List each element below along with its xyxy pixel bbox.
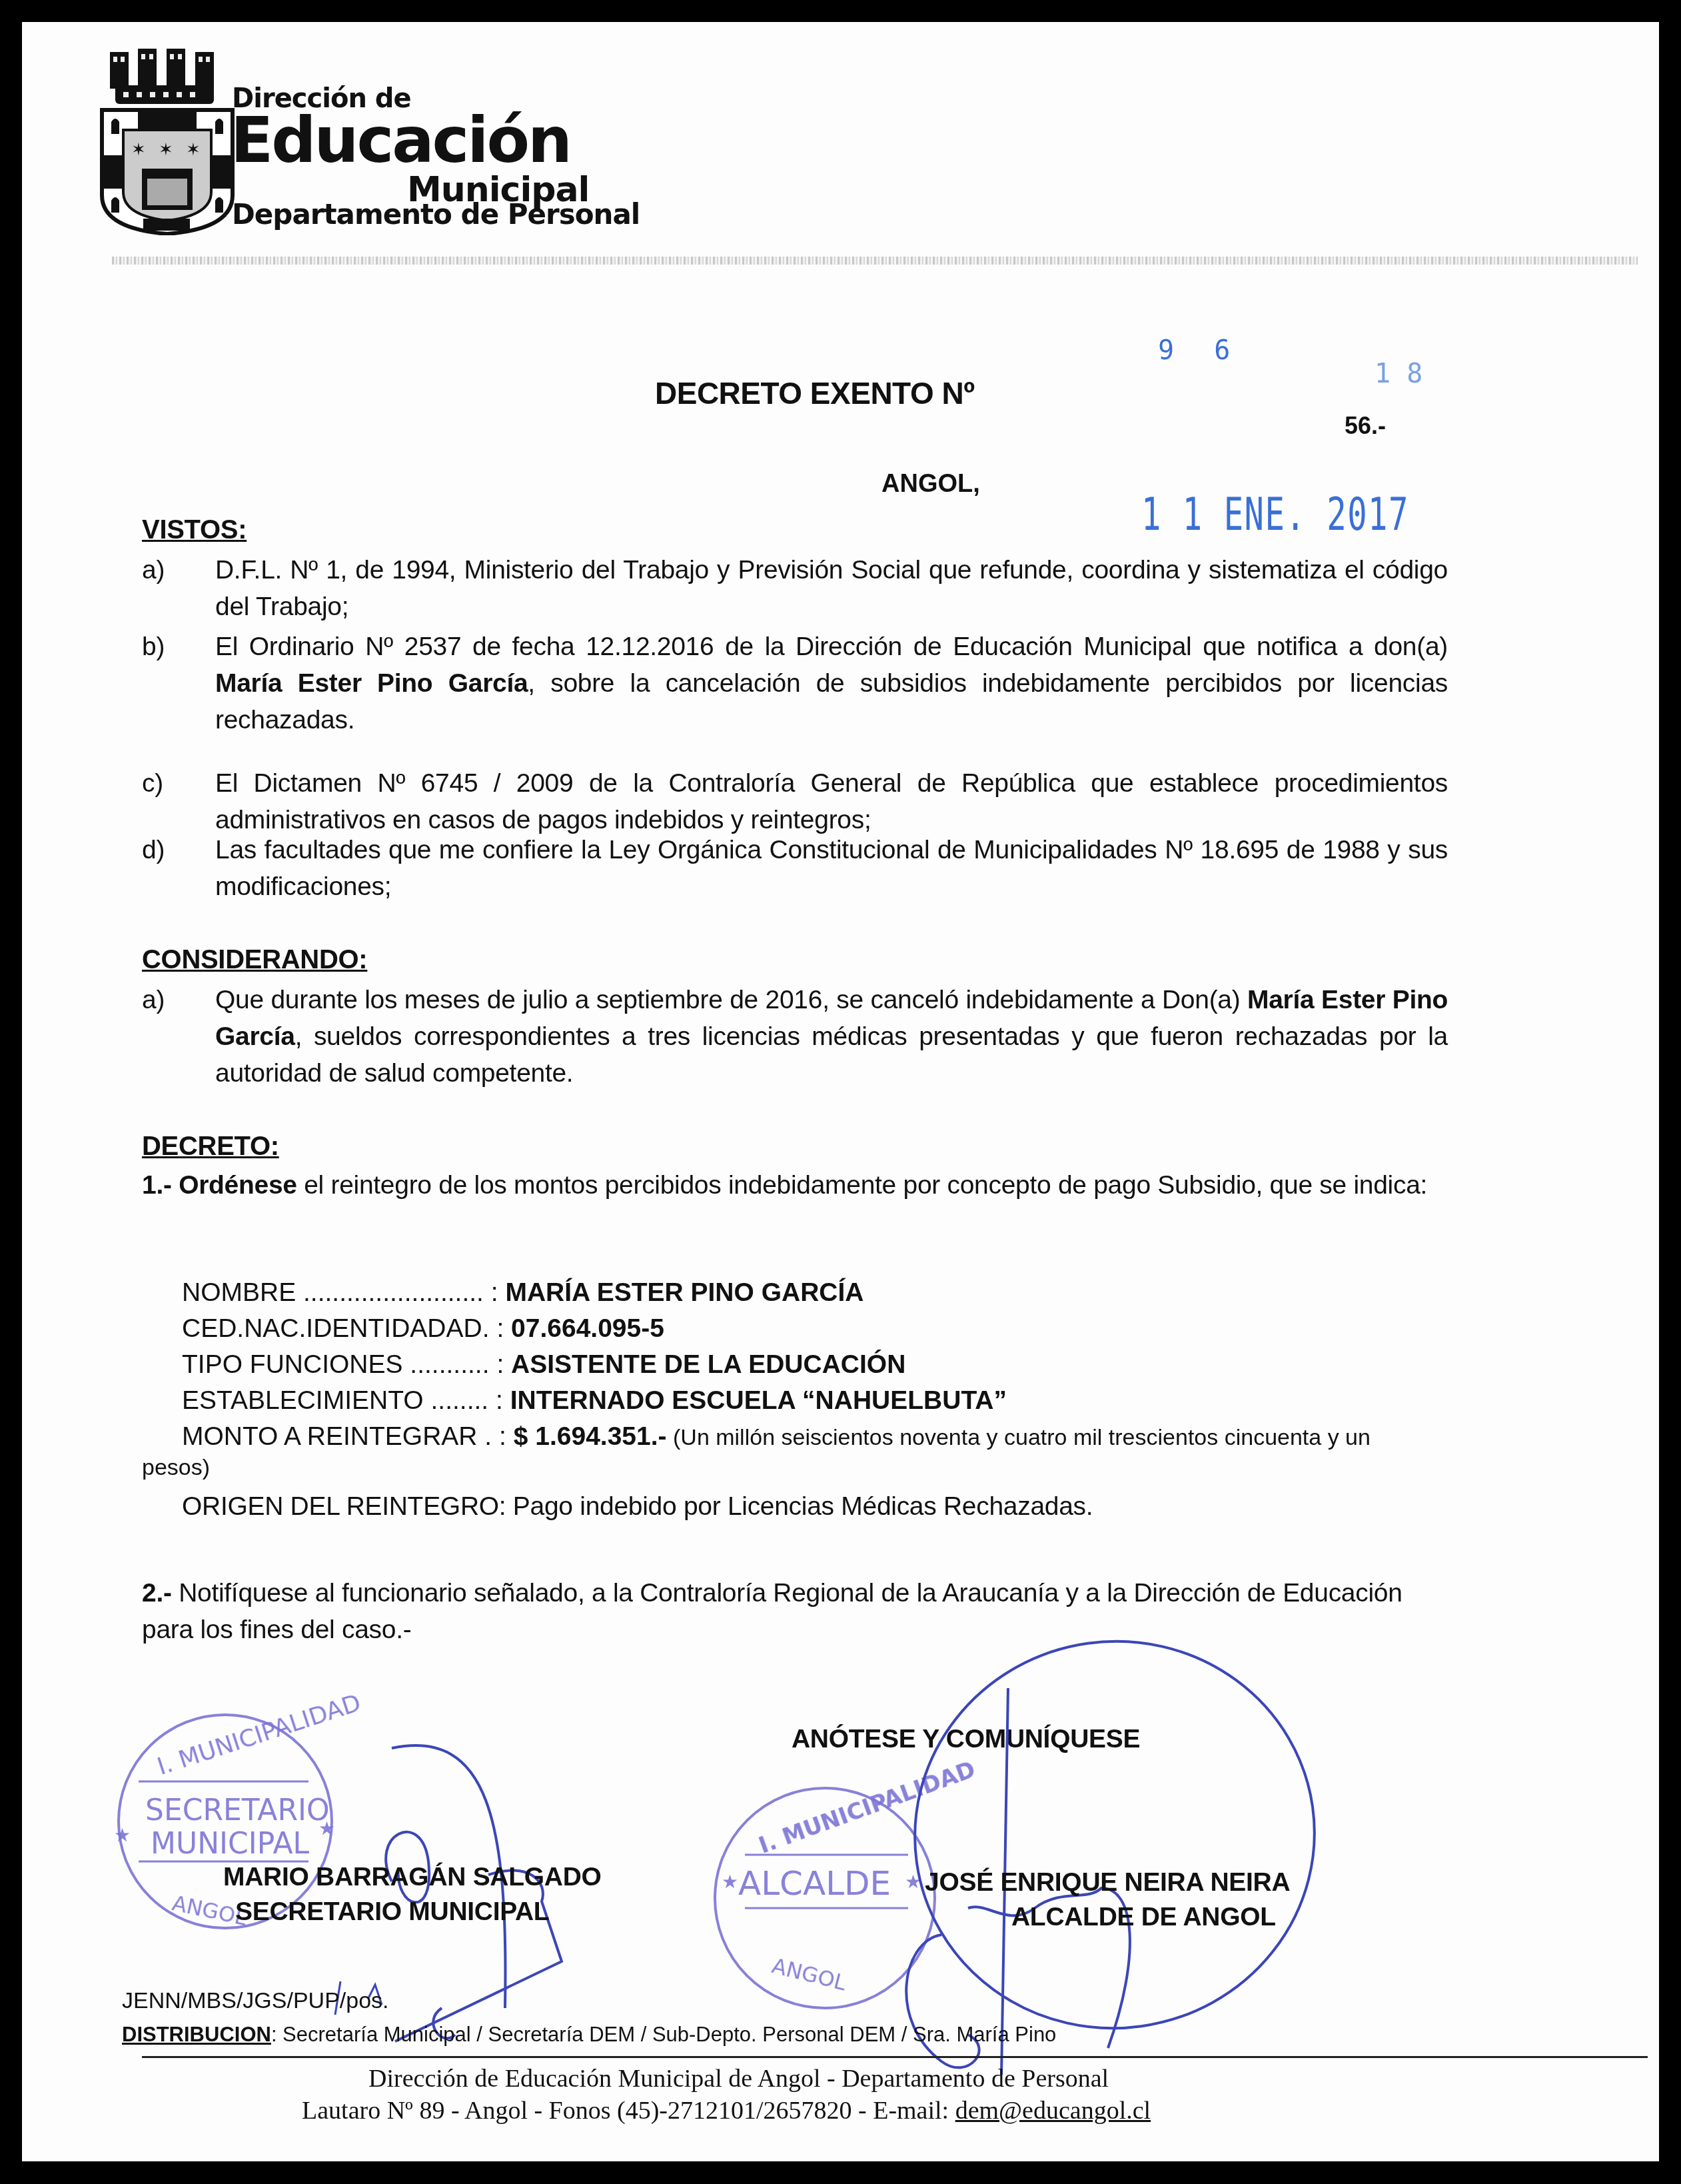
item-text: Que durante los meses de julio a septiem…	[215, 982, 1448, 1092]
city-label: ANGOL,	[881, 470, 980, 499]
person-name: María Ester Pino García	[215, 669, 528, 698]
point-1-text: el reintegro de los montos percibidos in…	[297, 1171, 1427, 1200]
document-page: ✶✶✶ Dirección de Educación Municipal Dep…	[22, 22, 1659, 2161]
field-monto: MONTO A REINTEGRAR . : $ 1.694.351.- (Un…	[182, 1419, 1371, 1456]
item-text: Las facultades que me confiere la Ley Or…	[215, 832, 1448, 905]
item-label: a)	[142, 552, 195, 588]
decree-point-2: 2.- Notifíquese al funcionario señalado,…	[142, 1575, 1448, 1648]
svg-text:ALCALDE: ALCALDE	[738, 1864, 891, 1903]
stamped-number: 9 6	[1158, 335, 1242, 366]
heading-decreto: DECRETO:	[142, 1128, 279, 1165]
closing-formula: ANÓTESE Y COMUNÍQUESE	[792, 1725, 1140, 1754]
vistos-item-d: d) Las facultades que me confiere la Ley…	[142, 832, 1448, 905]
svg-text:SECRETARIO: SECRETARIO	[145, 1793, 330, 1827]
letterhead-line-educacion: Educación	[231, 110, 570, 173]
considerando-item-a: a) Que durante los meses de julio a sept…	[142, 982, 1448, 1092]
item-text: El Dictamen Nº 6745 / 2009 de la Contral…	[215, 765, 1448, 838]
svg-text:★: ★	[114, 1824, 131, 1846]
point-1-lead: 1.- Ordénese	[142, 1171, 297, 1200]
footer-contact: Lautaro Nº 89 - Angol - Fonos (45)-27121…	[302, 2096, 1151, 2125]
vistos-item-c: c) El Dictamen Nº 6745 / 2009 de la Cont…	[142, 765, 1448, 838]
mayor-title: ALCALDE DE ANGOL	[1011, 1903, 1276, 1932]
svg-text:★: ★	[318, 1817, 335, 1839]
decree-number: 56.-	[1345, 412, 1386, 440]
heading-considerando: CONSIDERANDO:	[142, 942, 367, 978]
field-cedula: CED.NAC.IDENTIDADAD. : 07.664.095-5	[182, 1311, 1371, 1347]
distribution-label: DISTRIBUCION	[122, 2023, 271, 2046]
field-nombre: NOMBRE ......................... : MARÍA…	[182, 1275, 1371, 1311]
field-tipo-funciones: TIPO FUNCIONES ........... : ASISTENTE D…	[182, 1347, 1371, 1383]
item-label: b)	[142, 628, 195, 665]
mayor-name: JOSÉ ENRIQUE NEIRA NEIRA	[925, 1868, 1290, 1897]
svg-text:★: ★	[722, 1871, 738, 1893]
distribution-text: : Secretaría Municipal / Secretaría DEM …	[271, 2023, 1056, 2046]
stamped-mark: 1 8	[1375, 359, 1422, 389]
letterhead-divider	[112, 257, 1638, 265]
footer-divider	[142, 2056, 1648, 2058]
svg-text:★: ★	[905, 1871, 921, 1893]
document-title: DECRETO EXENTO Nº	[655, 375, 974, 411]
point-2-lead: 2.-	[142, 1579, 172, 1608]
mayor-signature	[890, 1616, 1340, 2075]
svg-text:✶: ✶	[186, 140, 201, 160]
svg-text:✶: ✶	[131, 140, 146, 160]
secretary-name: MARIO BARRAGÁN SALGADO	[223, 1863, 602, 1892]
official-seals: I. MUNICIPALIDAD SECRETARIO MUNICIPAL AN…	[22, 22, 1659, 2161]
secretary-title: SECRETARIO MUNICIPAL	[235, 1897, 549, 1927]
mayor-seal-icon	[715, 1788, 935, 2008]
item-label: d)	[142, 832, 195, 868]
footer-email-link[interactable]: dem@educangol.cl	[955, 2097, 1151, 2125]
date-stamp: 1 1 ENE. 2017	[1141, 489, 1409, 541]
point-2-text: Notifíquese al funcionario señalado, a l…	[142, 1579, 1402, 1644]
vistos-item-b: b) El Ordinario Nº 2537 de fecha 12.12.2…	[142, 628, 1448, 738]
reference-initials: JENN/MBS/JGS/PUP/pos.	[122, 1988, 389, 2014]
svg-text:I. MUNICIPALIDAD: I. MUNICIPALIDAD	[756, 1756, 979, 1859]
letterhead-line-departamento: Departamento de Personal	[232, 201, 640, 229]
svg-text:✶: ✶	[159, 140, 173, 160]
distribution-list: DISTRIBUCION: Secretaría Municipal / Sec…	[122, 2023, 1056, 2047]
municipal-coat-of-arms-icon: ✶✶✶	[97, 49, 243, 235]
item-label: a)	[142, 982, 195, 1018]
footer-organization: Dirección de Educación Municipal de Ango…	[368, 2064, 1109, 2093]
item-text: D.F.L. Nº 1, de 1994, Ministerio del Tra…	[215, 552, 1448, 625]
vistos-item-a: a) D.F.L. Nº 1, de 1994, Ministerio del …	[142, 552, 1448, 625]
item-label: c)	[142, 765, 195, 802]
field-establecimiento: ESTABLECIMIENTO ........ : INTERNADO ESC…	[182, 1383, 1371, 1419]
svg-text:I. MUNICIPALIDAD: I. MUNICIPALIDAD	[154, 1689, 364, 1781]
origen-reintegro: ORIGEN DEL REINTEGRO: Pago indebido por …	[182, 1488, 1093, 1525]
item-text: El Ordinario Nº 2537 de fecha 12.12.2016…	[215, 628, 1448, 738]
decree-point-1: 1.- Ordénese el reintegro de los montos …	[142, 1167, 1448, 1204]
svg-text:MUNICIPAL: MUNICIPAL	[151, 1827, 310, 1861]
refund-details: NOMBRE ......................... : MARÍA…	[182, 1275, 1371, 1456]
secretary-seal-icon	[119, 1715, 332, 1928]
secretary-signature	[386, 1745, 562, 2041]
field-monto-continuation: pesos)	[142, 1455, 210, 1481]
svg-text:ANGOL: ANGOL	[770, 1953, 849, 1995]
heading-vistos: VISTOS:	[142, 512, 247, 548]
